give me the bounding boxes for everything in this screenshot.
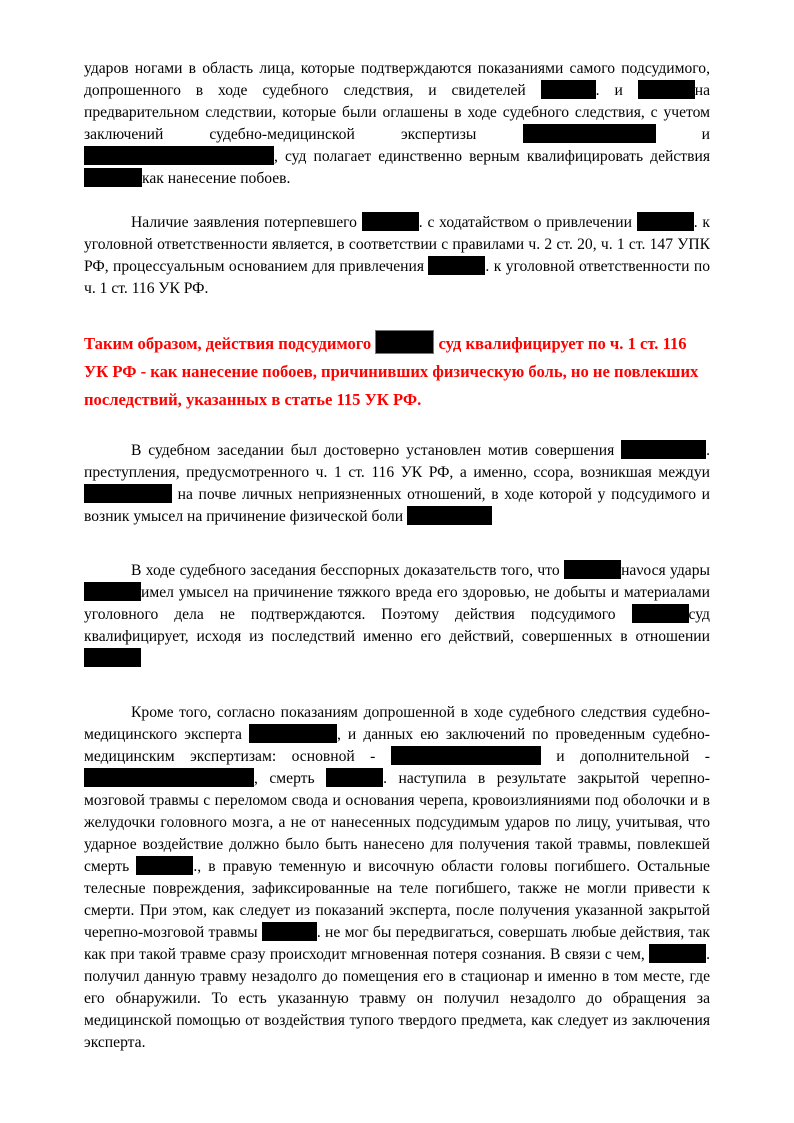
- redaction-box: [375, 330, 434, 354]
- redaction-box: [362, 212, 419, 231]
- text: как нанесение побоев.: [142, 170, 290, 187]
- document-page: ударов ногами в область лица, которые по…: [84, 58, 710, 1054]
- text: , суд полагает единственно верным квалиф…: [274, 148, 710, 165]
- text: наνося удары: [621, 562, 710, 579]
- redaction-box: [407, 506, 492, 525]
- redaction-box: [84, 484, 172, 503]
- text: , смерть: [254, 770, 326, 787]
- text: В судебном заседании был достоверно уста…: [131, 442, 621, 459]
- text: имел умысел на причинение тяжкого вреда …: [84, 584, 710, 623]
- redaction-box: [84, 146, 274, 165]
- redaction-box: [649, 944, 706, 963]
- text: на почве личных неприязненных отношений,…: [84, 486, 710, 525]
- redaction-box: [136, 856, 193, 875]
- redaction-box: [326, 768, 383, 787]
- redaction-box: [638, 80, 695, 99]
- text: В ходе судебного заседания бесспорных до…: [131, 562, 564, 579]
- redaction-box: [84, 768, 254, 787]
- redaction-box: [541, 80, 596, 99]
- redaction-box: [391, 746, 541, 765]
- text: . и: [596, 82, 638, 99]
- redaction-box: [262, 922, 317, 941]
- paragraph-1: ударов ногами в область лица, которые по…: [84, 58, 710, 190]
- paragraph-6: Кроме того, согласно показаниям допрошен…: [84, 702, 710, 1054]
- redaction-box: [84, 648, 141, 667]
- redaction-box: [249, 724, 337, 743]
- redaction-box: [632, 604, 689, 623]
- paragraph-2: Наличие заявления потерпевшего . с ходат…: [84, 212, 710, 300]
- text: . с ходатайством о привлечении: [419, 214, 637, 231]
- text: Наличие заявления потерпевшего: [131, 214, 362, 231]
- paragraph-4: В судебном заседании был достоверно уста…: [84, 440, 710, 528]
- redaction-box: [523, 124, 656, 143]
- redaction-box: [637, 212, 694, 231]
- text: Таким образом, действия подсудимого: [84, 334, 375, 353]
- paragraph-5: В ходе судебного заседания бесспорных до…: [84, 560, 710, 670]
- text: и: [656, 126, 710, 143]
- redaction-box: [428, 256, 485, 275]
- redaction-box: [621, 440, 706, 459]
- redaction-box: [84, 582, 141, 601]
- highlighted-conclusion: Таким образом, действия подсудимого суд …: [84, 330, 710, 414]
- redaction-box: [84, 168, 142, 187]
- redaction-box: [564, 560, 621, 579]
- text: и дополнительной -: [541, 748, 710, 765]
